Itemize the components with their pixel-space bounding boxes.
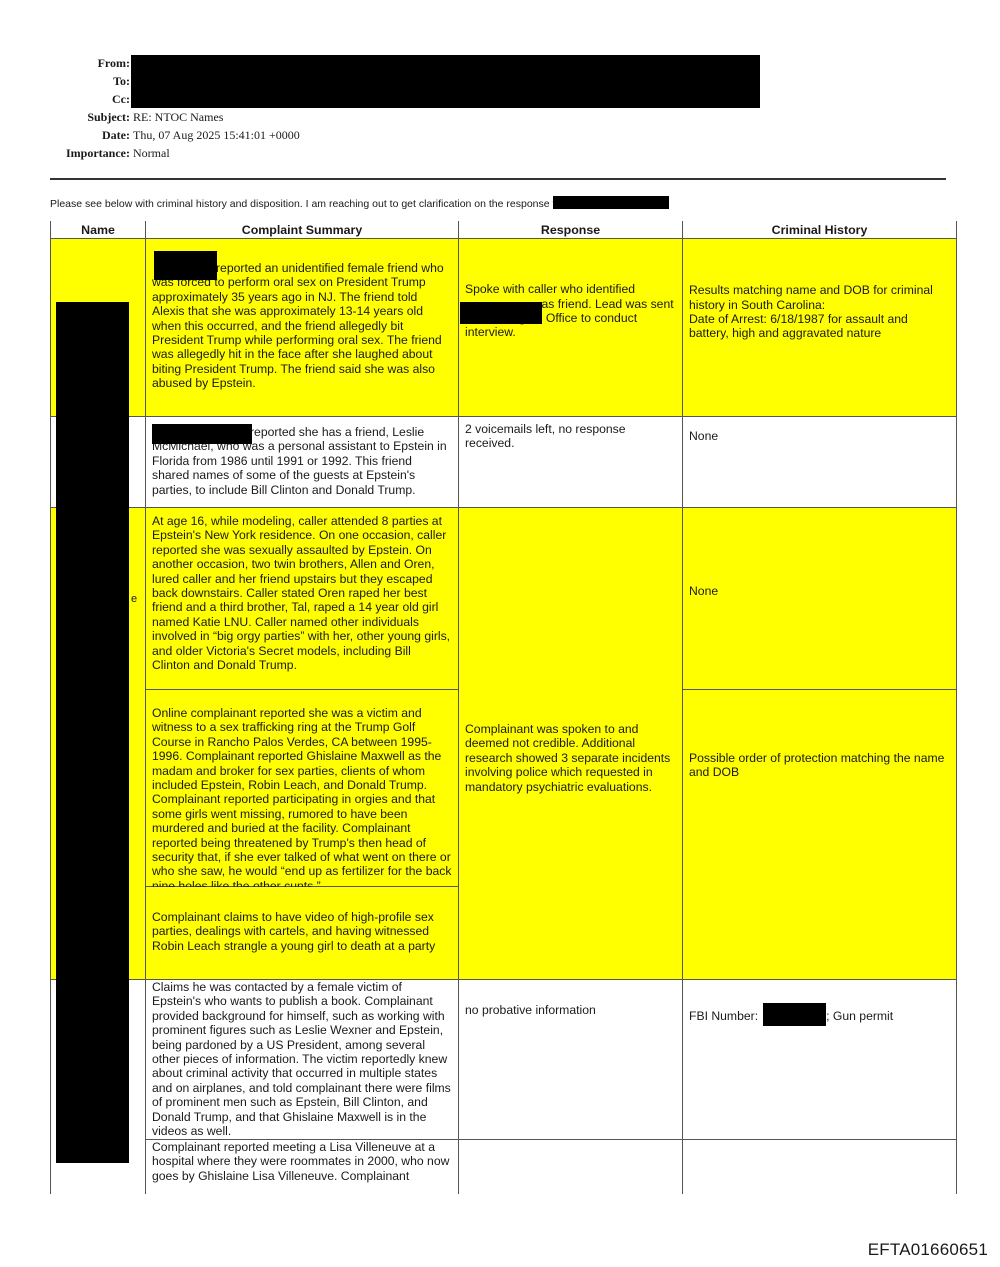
table-row-2-response: 2 voicemails left, no response received. [459, 417, 683, 508]
table-row-1-criminal-history: Results matching name and DOB for crimin… [683, 239, 957, 417]
header-divider [50, 178, 946, 180]
redaction-block-recipients [131, 55, 760, 108]
subject-value: RE: NTOC Names [133, 109, 223, 126]
table-row-3-response [459, 508, 683, 690]
document-id: EFTA01660651 [868, 1240, 988, 1260]
header-criminal-history: Criminal History [683, 221, 957, 239]
name-fragment: e [131, 592, 137, 606]
header-complaint-summary: Complaint Summary [146, 221, 459, 239]
table-row-1-response: Spoke with caller who identified as frie… [459, 239, 683, 417]
table-row-4-summary-2: Complainant claims to have video of high… [146, 887, 459, 980]
table-row-5-criminal-history: FBI Number:; Gun permit [683, 980, 957, 1140]
table-row-6-criminal-history [683, 1140, 957, 1194]
header-name: Name [50, 221, 146, 239]
importance-label: Importance: [10, 145, 130, 162]
subject-label: Subject: [10, 109, 130, 126]
intro-text: Please see below with criminal history a… [50, 198, 555, 210]
table-row-5-summary: Claims he was contacted by a female vict… [146, 980, 459, 1140]
header-response: Response [459, 221, 683, 239]
cc-label: Cc: [10, 91, 130, 108]
table-row-4-criminal-history: Possible order of protection matching th… [683, 690, 957, 980]
to-label: To: [10, 73, 130, 90]
date-label: Date: [10, 127, 130, 144]
table-row-3-criminal-history: None [683, 508, 957, 690]
intro-paragraph: Please see below with criminal history a… [50, 196, 669, 210]
table-row-6-summary: Complainant reported meeting a Lisa Vill… [146, 1140, 459, 1194]
from-label: From: [10, 55, 130, 72]
importance-value: Normal [133, 145, 170, 162]
table-row-5-response: no probative information [459, 980, 683, 1140]
table-row-4-response: Complainant was spoken to and deemed not… [459, 690, 683, 980]
redaction-intro [553, 196, 669, 209]
date-value: Thu, 07 Aug 2025 15:41:01 +0000 [133, 127, 300, 144]
table-row-3-summary: At age 16, while modeling, caller attend… [146, 508, 459, 690]
table-row-6-response [459, 1140, 683, 1194]
redaction-row1-caller [154, 251, 217, 280]
redaction-row2-caller [152, 424, 252, 444]
table-row-2-criminal-history: None [683, 417, 957, 508]
redaction-fbi-number [763, 1003, 826, 1026]
redaction-row1-response [460, 302, 542, 324]
redaction-names [56, 302, 129, 1163]
table-row-4-summary: Online complainant reported she was a vi… [146, 690, 459, 887]
